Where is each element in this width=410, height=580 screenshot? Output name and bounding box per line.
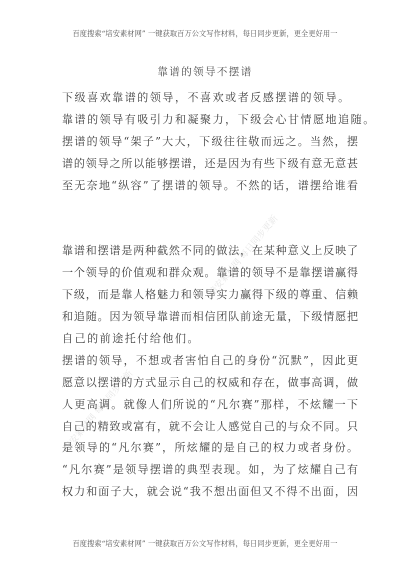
- body-line: 是领导的“凡尔赛”，所炫耀的是自己的权力或者身份。: [62, 437, 358, 459]
- document-body: 下级喜欢靠谱的领导，不喜欢或者反感摆谱的领导。 靠谱的领导有吸引力和凝聚力，下级…: [62, 87, 358, 503]
- header-banner: 百度搜索“培安素材网” 一键获取百万公文写作材料，每日同步更新，更全更好用一: [0, 29, 410, 39]
- body-line: 谱的领导之所以能够摆谱，还是因为有些下级有意无意甚: [62, 153, 358, 175]
- footer-banner: 百度搜索“培安素材网” 一键获取百万公文写作材料，每日同步更新，更全更好用一: [0, 539, 410, 549]
- paragraph-gap: [62, 196, 358, 218]
- body-line: 自己的精致或富有，就不会让人感觉自己的与众不同。只: [62, 416, 358, 438]
- body-line: 摆谱的领导“架子”大大，下级往往敬而远之。当然，摆: [62, 131, 358, 153]
- document-page: 百度搜索“培安素材网” 一键获取百万公文写作材料，每日同步更新，更全更好用一 靠…: [0, 0, 410, 580]
- body-line: 摆谱的领导，不想或者害怕自己的身份“沉默”，因此更: [62, 350, 358, 372]
- body-line: 下级，而是靠人格魅力和领导实力赢得下级的尊重、信赖: [62, 284, 358, 306]
- body-line: 人更高调。就像人们所说的“凡尔赛”那样，不炫耀一下: [62, 394, 358, 416]
- paragraph-gap: [62, 218, 358, 240]
- document-title: 靠谱的领导不摆谱: [0, 64, 410, 79]
- body-line: 下级喜欢靠谱的领导，不喜欢或者反感摆谱的领导。: [62, 87, 358, 109]
- body-line: 靠谱的领导有吸引力和凝聚力，下级会心甘情愿地追随。: [62, 109, 358, 131]
- body-line: 愿意以摆谱的方式显示自己的权威和存在，做事高调，做: [62, 372, 358, 394]
- body-line: 至无奈地“纵容”了摆谱的领导。不然的话，谱摆给谁看: [62, 175, 358, 197]
- body-line: 靠谱和摆谱是两种截然不同的做法，在某种意义上反映了: [62, 240, 358, 262]
- body-line: 自己的前途托付给他们。: [62, 328, 358, 350]
- body-line: 一个领导的价值观和群众观。靠谱的领导不是靠摆谱赢得: [62, 262, 358, 284]
- body-line: “凡尔赛”是领导摆谱的典型表现。如，为了炫耀自己有: [62, 459, 358, 481]
- body-line: 权力和面子大，就会说“我不想出面但又不得不出面，因: [62, 481, 358, 503]
- body-line: 和追随。因为领导靠谱而相信团队前途无量，下级情愿把: [62, 306, 358, 328]
